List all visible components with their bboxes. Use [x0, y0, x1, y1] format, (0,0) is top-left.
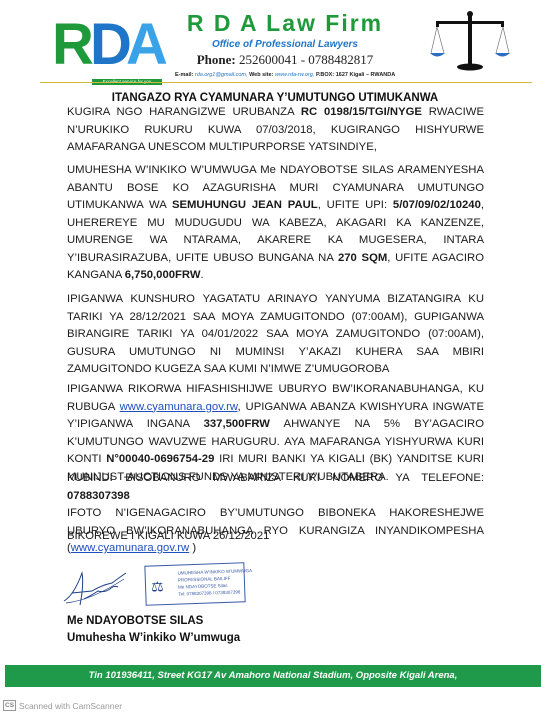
- signatory: Me NDAYOBOTSE SILAS Umuhesha W’inkiko W’…: [67, 613, 240, 647]
- rda-logo: R D A Excellent service for you: [52, 14, 160, 78]
- stamp-scale-icon: ⚖: [151, 578, 164, 595]
- paragraph-date: BIKOREWE I KIGALI KUWA 26/12/2021: [67, 528, 484, 546]
- upi-number: 5/07/09/02/10240: [393, 199, 481, 211]
- firm-phone: Phone: 252600041 - 0788482817: [160, 52, 410, 67]
- property-area: 270 SQM: [338, 252, 387, 264]
- deposit-amount: 337,500FRW: [204, 418, 270, 430]
- official-stamp: ⚖ UMUHESHA W'INKIKO W'UMWUGA PROFESSIONA…: [144, 562, 245, 605]
- contact-line: E-mail: rda.org1@gmail.com, Web site: ww…: [175, 72, 395, 78]
- paragraph-case: KUGIRA NGO HARANGIZWE URUBANZA RC 0198/1…: [67, 104, 484, 157]
- header-divider: [40, 82, 532, 83]
- document-title: ITANGAZO RYA CYAMUNARA Y’UMUTUNGO UTIMUK…: [40, 92, 510, 104]
- scales-of-justice-icon: [430, 10, 510, 72]
- signatory-name: Me NDAYOBOTSE SILAS: [67, 613, 240, 630]
- owner-name: SEMUHUNGU JEAN PAUL: [172, 199, 318, 211]
- paragraph-auction-dates: IPIGANWA KUNSHURO YAGATATU ARINAYO YANYU…: [67, 291, 484, 379]
- firm-header: R D A Law Firm Office of Professional La…: [160, 10, 410, 67]
- firm-name: R D A Law Firm: [160, 10, 410, 36]
- po-box: P.BOX: 1627 Kigali – RWANDA: [316, 72, 395, 78]
- logo-letter-r: R: [52, 16, 88, 74]
- firm-subtitle: Office of Professional Lawyers: [160, 38, 410, 52]
- footer-bar: Tin 101936411, Street KG17 Av Amahoro Na…: [5, 665, 541, 687]
- camscanner-watermark: CS Scanned with CamScanner: [3, 700, 122, 711]
- camscanner-icon: CS: [3, 700, 16, 711]
- contact-phone: 0788307398: [67, 490, 130, 502]
- account-number: N°00040-0696754-29: [106, 453, 214, 465]
- signature: [62, 565, 128, 610]
- property-value: 6,750,000FRW: [125, 269, 201, 281]
- website-address: www.rda-rw.org,: [275, 72, 314, 78]
- cyamunara-link[interactable]: www.cyamunara.gov.rw: [120, 401, 238, 413]
- signatory-role: Umuhesha W’inkiko W’umwuga: [67, 630, 240, 647]
- email-address: rda.org1@gmail.com,: [195, 72, 248, 78]
- case-number: RC 0198/15/TGI/NYGE: [301, 106, 422, 118]
- paragraph-property: UMUHESHA W’INKIKO W’UMWUGA Me NDAYOBOTSE…: [67, 162, 484, 285]
